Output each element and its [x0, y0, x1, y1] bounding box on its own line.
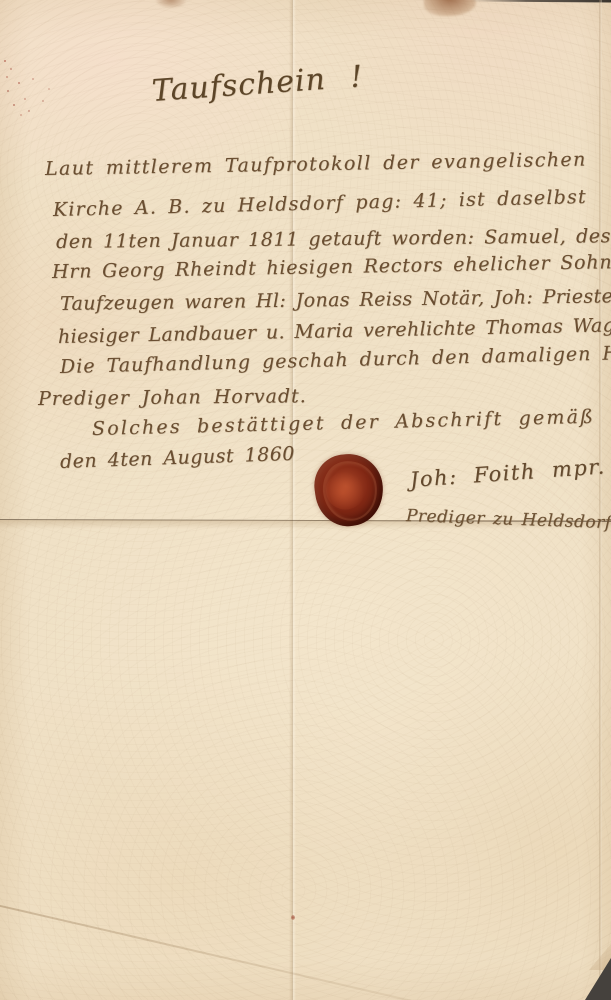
scanned-document-page: Taufschein ! Laut mittlerem Taufprotokol…: [0, 0, 611, 1000]
document-title: Taufschein !: [151, 59, 365, 109]
crease-line: [599, 0, 602, 1000]
document-line: den 4ten August 1860: [60, 443, 296, 473]
document-line: hiesiger Landbauer u. Maria verehlichte …: [58, 314, 611, 348]
document-line: Taufzeugen waren Hl: Jonas Reiss Notär, …: [60, 285, 611, 315]
stain: [156, 0, 186, 8]
wax-seal-icon: [310, 450, 387, 531]
fold-line-vertical: [289, 0, 296, 1000]
document-line: den 11ten Januar 1811 getauft worden: Sa…: [56, 225, 611, 253]
signature-name: Joh: Foith mpr.: [409, 454, 606, 492]
document-line: Kirche A. B. zu Heldsdorf pag: 41; ist d…: [53, 186, 587, 221]
document-line: Prediger Johan Horvadt.: [38, 385, 307, 410]
signature-role: Prediger zu Heldsdorf.: [406, 506, 611, 533]
scan-edge-line: [470, 0, 611, 2]
document-line: Solches bestättiget der Abschrift gemäß: [92, 406, 596, 440]
stain: [424, 0, 476, 16]
document-line: Laut mittlerem Taufprotokoll der evangel…: [45, 149, 587, 180]
stain-dot: [291, 915, 295, 920]
stain-speckles: [4, 60, 6, 62]
document-line: Hrn Georg Rheindt hiesigen Rectors eheli…: [52, 251, 611, 283]
document-line: Die Taufhandlung geschah durch den damal…: [60, 342, 611, 378]
crease-line: [0, 903, 411, 1000]
